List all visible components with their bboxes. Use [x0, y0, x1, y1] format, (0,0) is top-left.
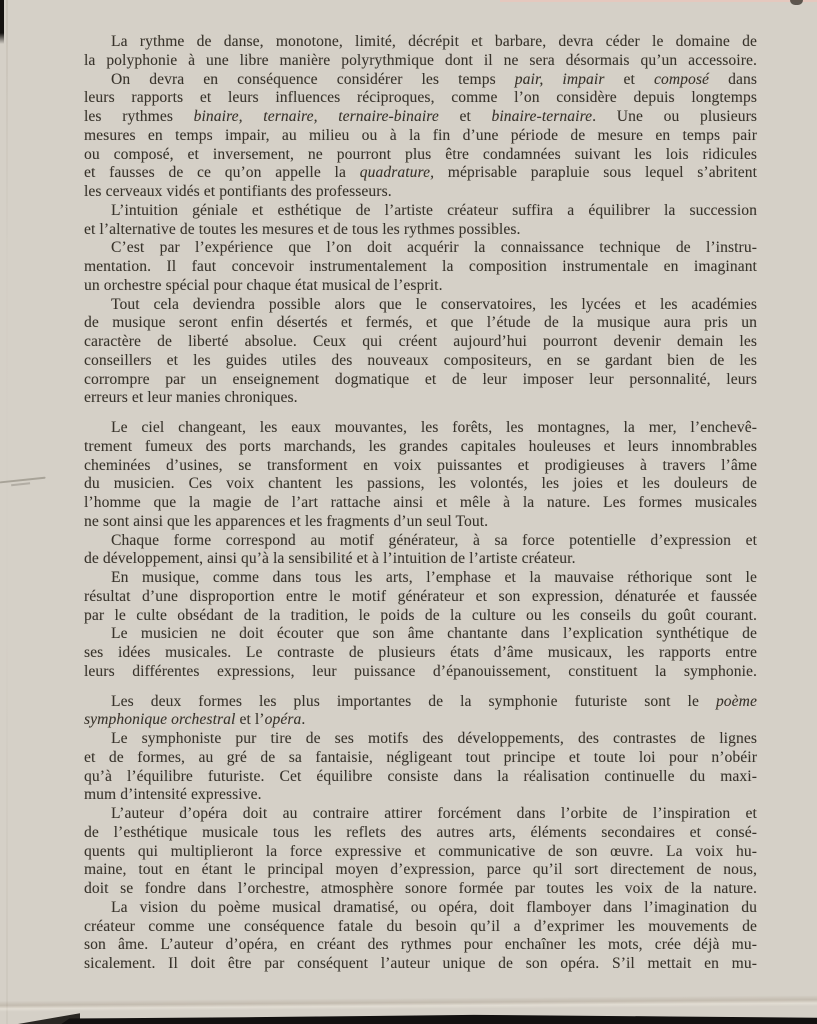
text-line: Le musicien ne doit écouter que son âme … — [84, 625, 757, 644]
text-segment: qu’à l’équilibre futuriste. Cet équilibr… — [84, 768, 757, 785]
text-segment: On devra en conséquence considérer les t… — [111, 71, 515, 88]
text-segment: La rythme de danse, monotone, limité, dé… — [111, 33, 757, 50]
text-line: et l’alternative de toutes les mesures e… — [84, 221, 757, 240]
text-line: L’auteur d’opéra doit au contraire attir… — [84, 805, 757, 824]
text-line: qu’à l’équilibre futuriste. Cet équilibr… — [84, 768, 757, 787]
text-line: Le symphoniste pur tire de ses motifs de… — [84, 730, 757, 749]
text-segment: . Une ou plusieurs — [592, 108, 757, 125]
paragraph: Le symphoniste pur tire de ses motifs de… — [84, 730, 757, 805]
text-line: Les deux formes les plus importantes de … — [84, 693, 757, 712]
text-segment: les rythmes — [84, 108, 194, 125]
text-segment: de l’esthétique musicale tous les reflet… — [84, 824, 757, 841]
text-segment: En musique, comme dans tous les arts, l’… — [111, 569, 757, 586]
text-line: les rythmes binaire, ternaire, ternaire-… — [84, 108, 757, 127]
italic-text-segment: binaire-ternaire — [492, 108, 593, 125]
text-segment: et — [604, 71, 654, 88]
paragraph: La rythme de danse, monotone, limité, dé… — [84, 33, 757, 71]
text-line: Le ciel changeant, les eaux mouvantes, l… — [84, 419, 757, 438]
text-line: sicalement. Il doit être par conséquent … — [84, 955, 757, 974]
text-line: mum d’intensité expressive. — [84, 786, 757, 805]
text-line: L’intuition géniale et esthétique de l’a… — [84, 202, 757, 221]
text-line: La rythme de danse, monotone, limité, dé… — [84, 33, 757, 52]
text-line: la polyphonie à une libre manière polyry… — [84, 52, 757, 71]
text-segment: maine, tout en étant le principal moyen … — [84, 861, 757, 878]
scan-edge-left — [0, 0, 4, 44]
text-segment: résultat d’une disproportion entre le mo… — [84, 588, 757, 605]
scan-edge-bottom — [0, 1011, 817, 1024]
text-segment: Tout cela deviendra possible alors que l… — [111, 296, 757, 313]
fold-crease-bottom — [0, 995, 817, 1012]
text-segment: Chaque forme correspond au motif générat… — [111, 532, 757, 549]
text-line: par le culte obsédant de la tradition, l… — [84, 607, 757, 626]
italic-text-segment: opéra — [265, 711, 302, 728]
text-segment: mesures en temps impair, au milieu ou à … — [84, 127, 757, 144]
paragraph: L’auteur d’opéra doit au contraire attir… — [84, 805, 757, 899]
italic-text-segment: quadrature, — [360, 164, 434, 181]
scanned-document-page: La rythme de danse, monotone, limité, dé… — [0, 0, 817, 1024]
text-line: conseillers et les guides utiles des nou… — [84, 352, 757, 371]
text-line: de l’esthétique musicale tous les reflet… — [84, 824, 757, 843]
text-segment: caractère de liberté absolue. Ceux qui c… — [84, 333, 757, 350]
paragraph: En musique, comme dans tous les arts, l’… — [84, 569, 757, 625]
text-line: Chaque forme correspond au motif générat… — [84, 532, 757, 551]
text-segment: de musique seront enfin désertés et ferm… — [84, 314, 757, 331]
text-line: corrompre par un enseignement dogmatique… — [84, 371, 757, 390]
text-line: ne sont ainsi que les apparences et les … — [84, 513, 757, 532]
text-segment: mum d’intensité expressive. — [84, 786, 262, 803]
text-segment: les cerveaux vidés et pontifiants des pr… — [84, 183, 392, 200]
text-line: mesures en temps impair, au milieu ou à … — [84, 127, 757, 146]
text-segment: leurs différentes expressions, leur puis… — [84, 663, 757, 680]
text-segment: Les deux formes les plus importantes de … — [111, 693, 716, 710]
text-line: et de formes, au gré de sa fantaisie, né… — [84, 749, 757, 768]
text-segment: sicalement. Il doit être par conséquent … — [84, 955, 757, 972]
text-segment: leurs rapports et leurs influences récip… — [84, 89, 757, 106]
text-segment: son âme. L’auteur d’opéra, en créant des… — [84, 936, 757, 953]
text-line: En musique, comme dans tous les arts, l’… — [84, 569, 757, 588]
text-line: erreurs et leur manies chroniques. — [84, 389, 757, 408]
text-segment: erreurs et leur manies chroniques. — [84, 389, 298, 406]
text-segment: mentation. Il faut concevoir instrumenta… — [84, 258, 757, 275]
text-segment: Le musicien ne doit écouter que son âme … — [111, 625, 757, 642]
text-segment: ou composé, et inversement, ne pourront … — [84, 146, 757, 163]
italic-text-segment: composé — [654, 71, 709, 88]
text-line: l’homme que la magie de l’art rattache a… — [84, 494, 757, 513]
text-line: de développement, ainsi qu’à la sensibil… — [84, 550, 757, 569]
text-line: Tout cela deviendra possible alors que l… — [84, 296, 757, 315]
text-line: leurs rapports et leurs influences récip… — [84, 89, 757, 108]
text-line: et fausses de ce qu’on appelle la quadra… — [84, 164, 757, 183]
text-line: mentation. Il faut concevoir instrumenta… — [84, 258, 757, 277]
text-segment: l’homme que la magie de l’art rattache a… — [84, 494, 757, 511]
text-segment: L’auteur d’opéra doit au contraire attir… — [111, 805, 757, 822]
text-segment: et l’alternative de toutes les mesures e… — [84, 221, 521, 238]
text-segment: et — [439, 108, 492, 125]
text-line: doit se fondre dans l’orchestre, atmosph… — [84, 880, 757, 899]
paragraph: C’est par l’expérience que l’on doit acq… — [84, 239, 757, 295]
ink-speck-top-right — [790, 0, 803, 5]
italic-text-segment: poème — [716, 693, 757, 710]
text-segment: par le culte obsédant de la tradition, l… — [84, 607, 757, 624]
text-line: de musique seront enfin désertés et ferm… — [84, 314, 757, 333]
text-segment: de développement, ainsi qu’à la sensibil… — [84, 550, 576, 567]
text-line: maine, tout en étant le principal moyen … — [84, 861, 757, 880]
text-segment: et fausses de ce qu’on appelle la — [84, 164, 360, 181]
italic-text-segment: binaire, ternaire, ternaire-binaire — [194, 108, 439, 125]
text-segment: cheminées d’usines, se transforment en v… — [84, 457, 757, 474]
text-segment: corrompre par un enseignement dogmatique… — [84, 371, 757, 388]
paragraph: Chaque forme correspond au motif générat… — [84, 532, 757, 570]
text-segment: ne sont ainsi que les apparences et les … — [84, 513, 488, 530]
text-line: symphonique orchestral et l’opéra. — [84, 711, 757, 730]
text-line: créateur comme une conséquence fatale du… — [84, 918, 757, 937]
paragraph: On devra en conséquence considérer les t… — [84, 71, 757, 202]
text-line: quents qui multiplieront la force expres… — [84, 843, 757, 862]
text-line: du musicien. Ces voix chantent les passi… — [84, 475, 757, 494]
text-segment: trement fumeux des ports marchands, les … — [84, 438, 757, 455]
text-segment: L’intuition géniale et esthétique de l’a… — [111, 202, 757, 219]
paragraph: La vision du poème musical dramatisé, ou… — [84, 899, 757, 974]
scan-edge-top — [500, 0, 817, 2]
text-line: La vision du poème musical dramatisé, ou… — [84, 899, 757, 918]
paragraph: Tout cela deviendra possible alors que l… — [84, 296, 757, 409]
text-line: ses idées musicales. Le contraste de plu… — [84, 644, 757, 663]
text-segment: du musicien. Ces voix chantent les passi… — [84, 475, 757, 492]
text-line: C’est par l’expérience que l’on doit acq… — [84, 239, 757, 258]
text-segment: la polyphonie à une libre manière polyry… — [84, 52, 757, 69]
italic-text-segment: pair, impair — [515, 71, 605, 88]
text-line: son âme. L’auteur d’opéra, en créant des… — [84, 936, 757, 955]
text-segment: Le ciel changeant, les eaux mouvantes, l… — [111, 419, 757, 436]
text-segment: quents qui multiplieront la force expres… — [84, 843, 757, 860]
text-segment: doit se fondre dans l’orchestre, atmosph… — [84, 880, 757, 897]
text-line: cheminées d’usines, se transforment en v… — [84, 457, 757, 476]
paragraph: Le ciel changeant, les eaux mouvantes, l… — [84, 419, 757, 532]
text-line: les cerveaux vidés et pontifiants des pr… — [84, 183, 757, 202]
paragraph: L’intuition géniale et esthétique de l’a… — [84, 202, 757, 240]
page-text: La rythme de danse, monotone, limité, dé… — [84, 33, 757, 974]
text-line: On devra en conséquence considérer les t… — [84, 71, 757, 90]
text-segment: et de formes, au gré de sa fantaisie, né… — [84, 749, 757, 766]
italic-text-segment: symphonique orchestral — [84, 711, 235, 728]
text-segment: dans — [709, 71, 757, 88]
text-line: leurs différentes expressions, leur puis… — [84, 663, 757, 682]
text-line: un orchestre spécial pour chaque état mu… — [84, 277, 757, 296]
text-segment: C’est par l’expérience que l’on doit acq… — [111, 239, 757, 256]
text-line: ou composé, et inversement, ne pourront … — [84, 146, 757, 165]
paragraph: Les deux formes les plus importantes de … — [84, 693, 757, 731]
text-segment: et l’ — [235, 711, 264, 728]
text-segment: ses idées musicales. Le contraste de plu… — [84, 644, 757, 661]
text-segment: créateur comme une conséquence fatale du… — [84, 918, 757, 935]
text-line: caractère de liberté absolue. Ceux qui c… — [84, 333, 757, 352]
text-segment: Le symphoniste pur tire de ses motifs de… — [111, 730, 757, 747]
paper-crease-left — [6, 0, 8, 1024]
text-segment: conseillers et les guides utiles des nou… — [84, 352, 757, 369]
text-segment: méprisable parapluie sous lequel s’abrit… — [434, 164, 757, 181]
text-segment: un orchestre spécial pour chaque état mu… — [84, 277, 443, 294]
text-segment: . — [301, 711, 305, 728]
paragraph: Le musicien ne doit écouter que son âme … — [84, 625, 757, 681]
text-line: résultat d’une disproportion entre le mo… — [84, 588, 757, 607]
text-line: trement fumeux des ports marchands, les … — [84, 438, 757, 457]
text-segment: La vision du poème musical dramatisé, ou… — [111, 899, 757, 916]
